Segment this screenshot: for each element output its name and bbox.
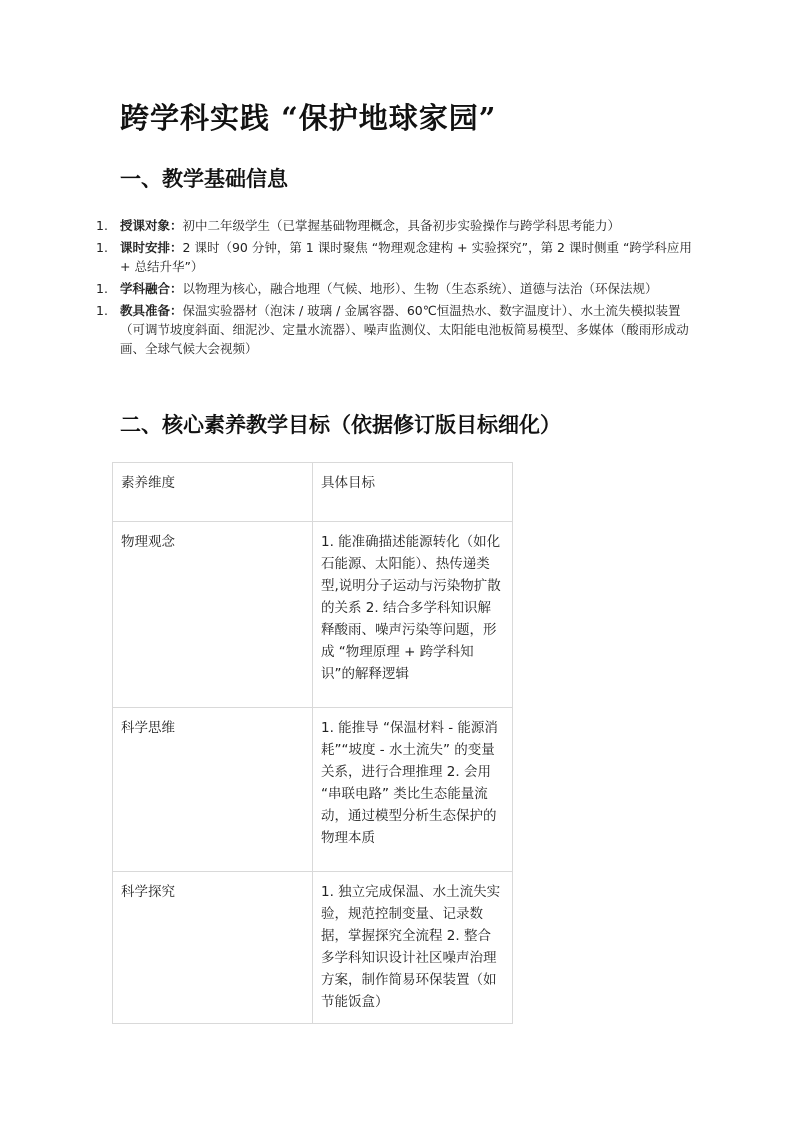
table-row: 科学探究 1. 独立完成保温、水土流失实验，规范控制变量、记录数据，掌握探究全流… bbox=[113, 872, 513, 1024]
table-cell-dimension: 科学思维 bbox=[113, 708, 313, 872]
table-row: 物理观念 1. 能准确描述能源转化（如化石能源、太阳能）、热传递类型,说明分子运… bbox=[113, 522, 513, 708]
list-item-integration: 1. 学科融合：以物理为核心，融合地理（气候、地形）、生物（生态系统）、道德与法… bbox=[92, 279, 692, 298]
table-header-dimension: 素养维度 bbox=[113, 463, 313, 522]
section-heading-basic-info: 一、教学基础信息 bbox=[120, 163, 288, 193]
table-header-row: 素养维度 具体目标 bbox=[113, 463, 513, 522]
list-item-text: 保温实验器材（泡沫 / 玻璃 / 金属容器、60℃恒温热水、数字温度计）、水土流… bbox=[120, 303, 689, 356]
list-item-text: 以物理为核心，融合地理（气候、地形）、生物（生态系统）、道德与法治（环保法规） bbox=[183, 281, 658, 296]
table-cell-goal: 1. 能准确描述能源转化（如化石能源、太阳能）、热传递类型,说明分子运动与污染物… bbox=[313, 522, 513, 708]
list-item-materials: 1. 教具准备：保温实验器材（泡沫 / 玻璃 / 金属容器、60℃恒温热水、数字… bbox=[92, 301, 692, 358]
basic-info-list: 1. 授课对象：初中二年级学生（已掌握基础物理概念，具备初步实验操作与跨学科思考… bbox=[92, 216, 692, 361]
table-cell-goal: 1. 能推导 “保温材料 - 能源消耗”“坡度 - 水土流失” 的变量关系，进行… bbox=[313, 708, 513, 872]
list-item-label: 学科融合： bbox=[120, 281, 183, 296]
list-item-schedule: 1. 课时安排：2 课时（90 分钟，第 1 课时聚焦 “物理观念建构 + 实验… bbox=[92, 238, 692, 276]
document-page: 跨学科实践 “保护地球家园” 一、教学基础信息 1. 授课对象：初中二年级学生（… bbox=[0, 0, 794, 1123]
goals-table: 素养维度 具体目标 物理观念 1. 能准确描述能源转化（如化石能源、太阳能）、热… bbox=[112, 462, 513, 1024]
list-item-label: 授课对象： bbox=[120, 218, 183, 233]
list-item-audience: 1. 授课对象：初中二年级学生（已掌握基础物理概念，具备初步实验操作与跨学科思考… bbox=[92, 216, 692, 235]
table-cell-dimension: 科学探究 bbox=[113, 872, 313, 1024]
list-number: 1. bbox=[96, 238, 108, 257]
list-number: 1. bbox=[96, 279, 108, 298]
list-number: 1. bbox=[96, 216, 108, 235]
list-number: 1. bbox=[96, 301, 108, 320]
section-heading-core-goals: 二、核心素养教学目标（依据修订版目标细化） bbox=[120, 409, 561, 439]
table-cell-goal: 1. 独立完成保温、水土流失实验，规范控制变量、记录数据，掌握探究全流程 2. … bbox=[313, 872, 513, 1024]
document-title: 跨学科实践 “保护地球家园” bbox=[120, 96, 496, 137]
list-item-label: 课时安排： bbox=[120, 240, 183, 255]
list-item-text: 初中二年级学生（已掌握基础物理概念，具备初步实验操作与跨学科思考能力） bbox=[183, 218, 621, 233]
table-header-goal: 具体目标 bbox=[313, 463, 513, 522]
table-cell-dimension: 物理观念 bbox=[113, 522, 313, 708]
list-item-text: 2 课时（90 分钟，第 1 课时聚焦 “物理观念建构 + 实验探究”，第 2 … bbox=[120, 240, 692, 274]
list-item-label: 教具准备： bbox=[120, 303, 183, 318]
table-row: 科学思维 1. 能推导 “保温材料 - 能源消耗”“坡度 - 水土流失” 的变量… bbox=[113, 708, 513, 872]
